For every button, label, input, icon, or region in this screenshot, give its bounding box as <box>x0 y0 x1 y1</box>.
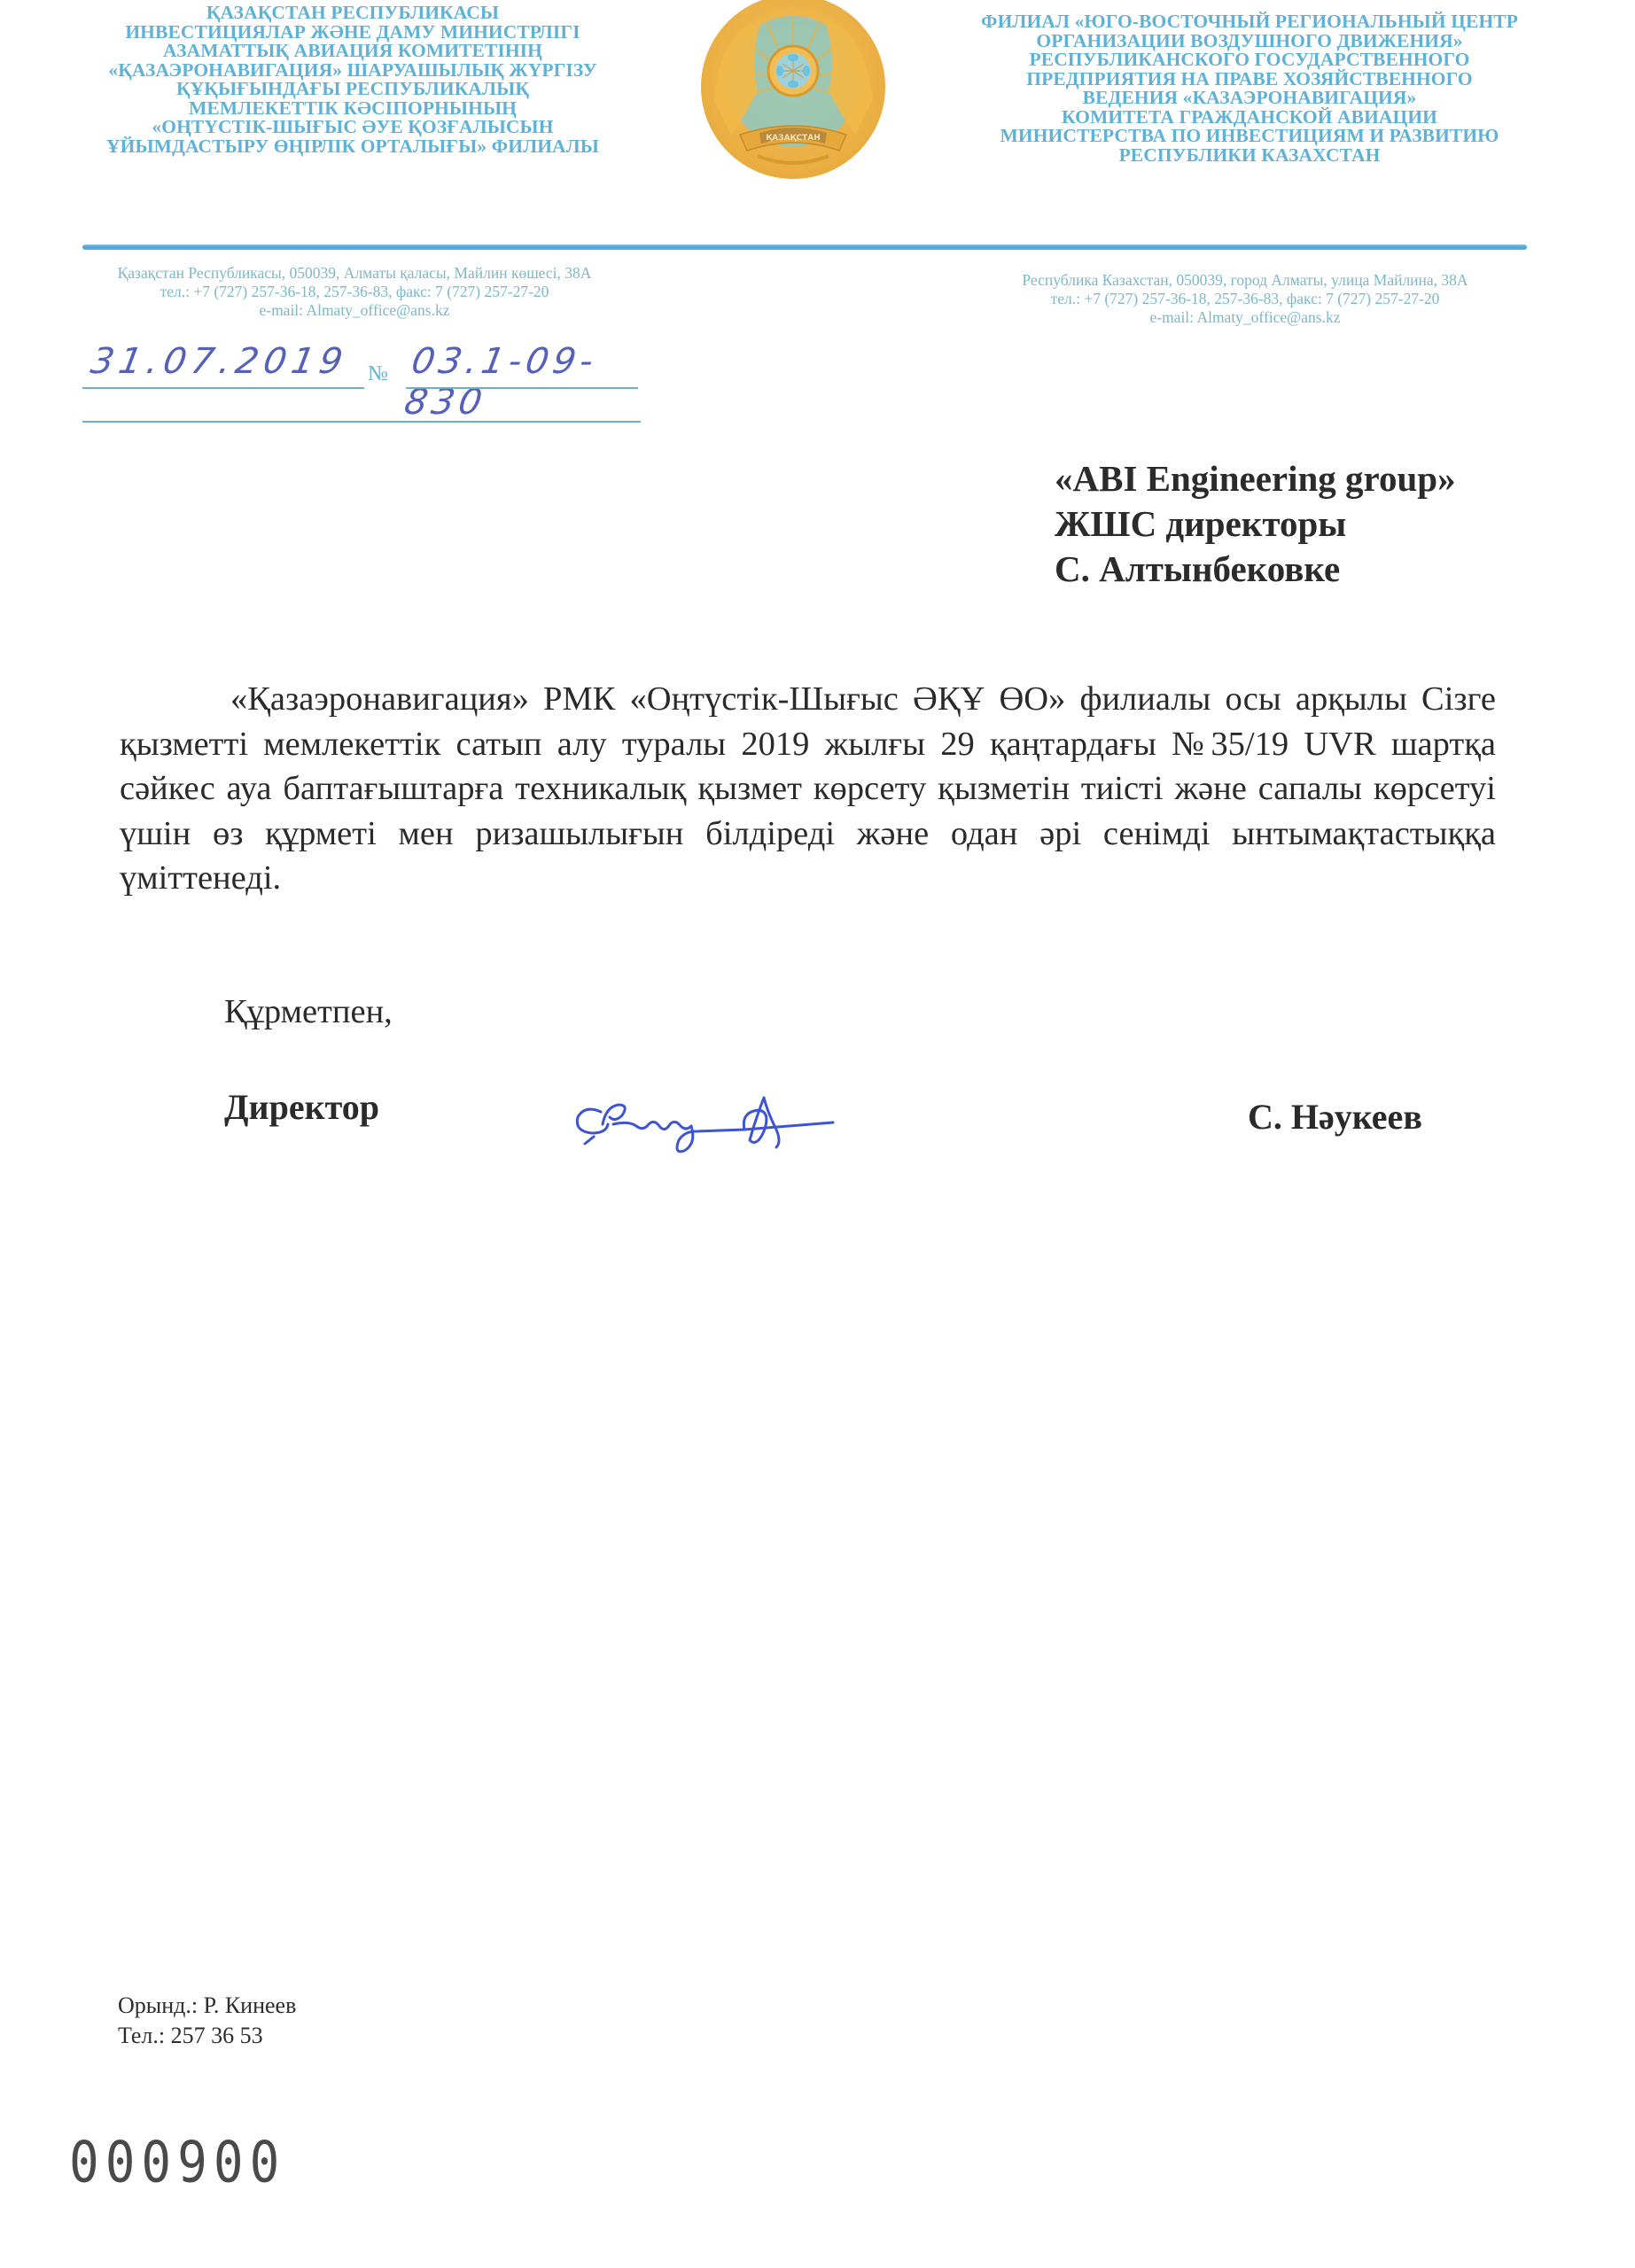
number-underline <box>406 387 638 389</box>
letterhead-line: РЕСПУБЛИКАНСКОГО ГОСУДАРСТВЕННОГО <box>962 50 1538 70</box>
letter-body: «Қазаэронавигация» РМК «Оңтүстік-Шығыс Ә… <box>120 677 1496 901</box>
executor-phone: Тел.: 257 36 53 <box>118 2021 296 2051</box>
letterhead-line: «ОҢТҮСТІК-ШЫҒЫС ӘУЕ ҚОЗҒАЛЫСЫН <box>78 118 627 137</box>
address-email: e-mail: Almaty_office@ans.kz <box>75 301 634 320</box>
letterhead-line: РЕСПУБЛИКИ КАЗАХСТАН <box>962 146 1538 166</box>
letterhead-line: АЗАМАТТЫҚ АВИАЦИЯ КОМИТЕТІНІҢ <box>78 42 627 61</box>
number-sign-label: № <box>368 362 388 386</box>
registration-row: 31.07.2019 № 03.1-09-830 <box>82 341 641 394</box>
letterhead-line: ҚАЗАҚСТАН РЕСПУБЛИКАСЫ <box>78 4 627 23</box>
serial-number: 000900 <box>69 2130 285 2196</box>
reference-underline <box>82 421 641 423</box>
signatory-name: С. Нәукеев <box>1248 1096 1422 1138</box>
state-emblem-kazakhstan-icon: ҚАЗАҚСТАН <box>696 0 891 181</box>
letterhead-line: ВЕДЕНИЯ «КАЗАЭРОНАВИГАЦИЯ» <box>962 89 1538 108</box>
address-line: Қазақстан Республикасы, 050039, Алматы қ… <box>75 264 634 283</box>
handwritten-signature-icon <box>567 1085 842 1165</box>
executor-info: Орынд.: Р. Кинеев Тел.: 257 36 53 <box>118 1991 296 2051</box>
letterhead-line: ФИЛИАЛ «ЮГО-ВОСТОЧНЫЙ РЕГИОНАЛЬНЫЙ ЦЕНТР <box>962 12 1538 32</box>
letterhead-line: ОРГАНИЗАЦИИ ВОЗДУШНОГО ДВИЖЕНИЯ» <box>962 32 1538 51</box>
registration-date: 31.07.2019 <box>88 341 351 382</box>
address-russian: Республика Казахстан, 050039, город Алма… <box>962 271 1529 327</box>
address-kazakh: Қазақстан Республикасы, 050039, Алматы қ… <box>75 264 634 320</box>
signatory-title: Директор <box>224 1086 379 1128</box>
letterhead-line: ИНВЕСТИЦИЯЛАР ЖӘНЕ ДАМУ МИНИСТРЛІГІ <box>78 23 627 43</box>
letterhead-line: «ҚАЗАЭРОНАВИГАЦИЯ» ШАРУАШЫЛЫҚ ЖҮРГІЗУ <box>78 61 627 81</box>
recipient-name: С. Алтынбековке <box>1055 547 1456 592</box>
letterhead-line: МЕМЛЕКЕТТІК КӘСІПОРНЫНЫҢ <box>78 99 627 119</box>
emblem-banner-text: ҚАЗАҚСТАН <box>766 134 821 143</box>
address-phone: тел.: +7 (727) 257-36-18, 257-36-83, фак… <box>75 283 634 301</box>
letterhead-line: ҚҰҚЫҒЫНДАҒЫ РЕСПУБЛИКАЛЫҚ <box>78 80 627 99</box>
recipient-block: «ABI Engineering group» ЖШС директоры С.… <box>1055 456 1456 592</box>
executor-name: Орынд.: Р. Кинеев <box>118 1991 296 2021</box>
recipient-position: ЖШС директоры <box>1055 501 1456 547</box>
address-phone: тел.: +7 (727) 257-36-18, 257-36-83, фак… <box>962 290 1529 308</box>
letterhead-line: ҰЙЫМДАСТЫРУ ӨҢІРЛІК ОРТАЛЫҒЫ» ФИЛИАЛЫ <box>78 137 627 157</box>
date-underline <box>82 387 364 389</box>
letterhead-line: ПРЕДПРИЯТИЯ НА ПРАВЕ ХОЗЯЙСТВЕННОГО <box>962 70 1538 89</box>
recipient-company: «ABI Engineering group» <box>1055 456 1456 501</box>
closing-salutation: Құрметпен, <box>224 992 393 1031</box>
address-email: e-mail: Almaty_office@ans.kz <box>962 308 1529 327</box>
letterhead-line: КОМИТЕТА ГРАЖДАНСКОЙ АВИАЦИИ <box>962 108 1538 128</box>
registration-number: 03.1-09-830 <box>401 341 648 423</box>
letterhead-russian: ФИЛИАЛ «ЮГО-ВОСТОЧНЫЙ РЕГИОНАЛЬНЫЙ ЦЕНТР… <box>962 12 1538 165</box>
address-line: Республика Казахстан, 050039, город Алма… <box>962 271 1529 290</box>
letterhead-line: МИНИСТЕРСТВА ПО ИНВЕСТИЦИЯМ И РАЗВИТИЮ <box>962 127 1538 146</box>
letterhead-divider <box>82 245 1527 250</box>
letterhead-kazakh: ҚАЗАҚСТАН РЕСПУБЛИКАСЫ ИНВЕСТИЦИЯЛАР ЖӘН… <box>78 4 627 156</box>
